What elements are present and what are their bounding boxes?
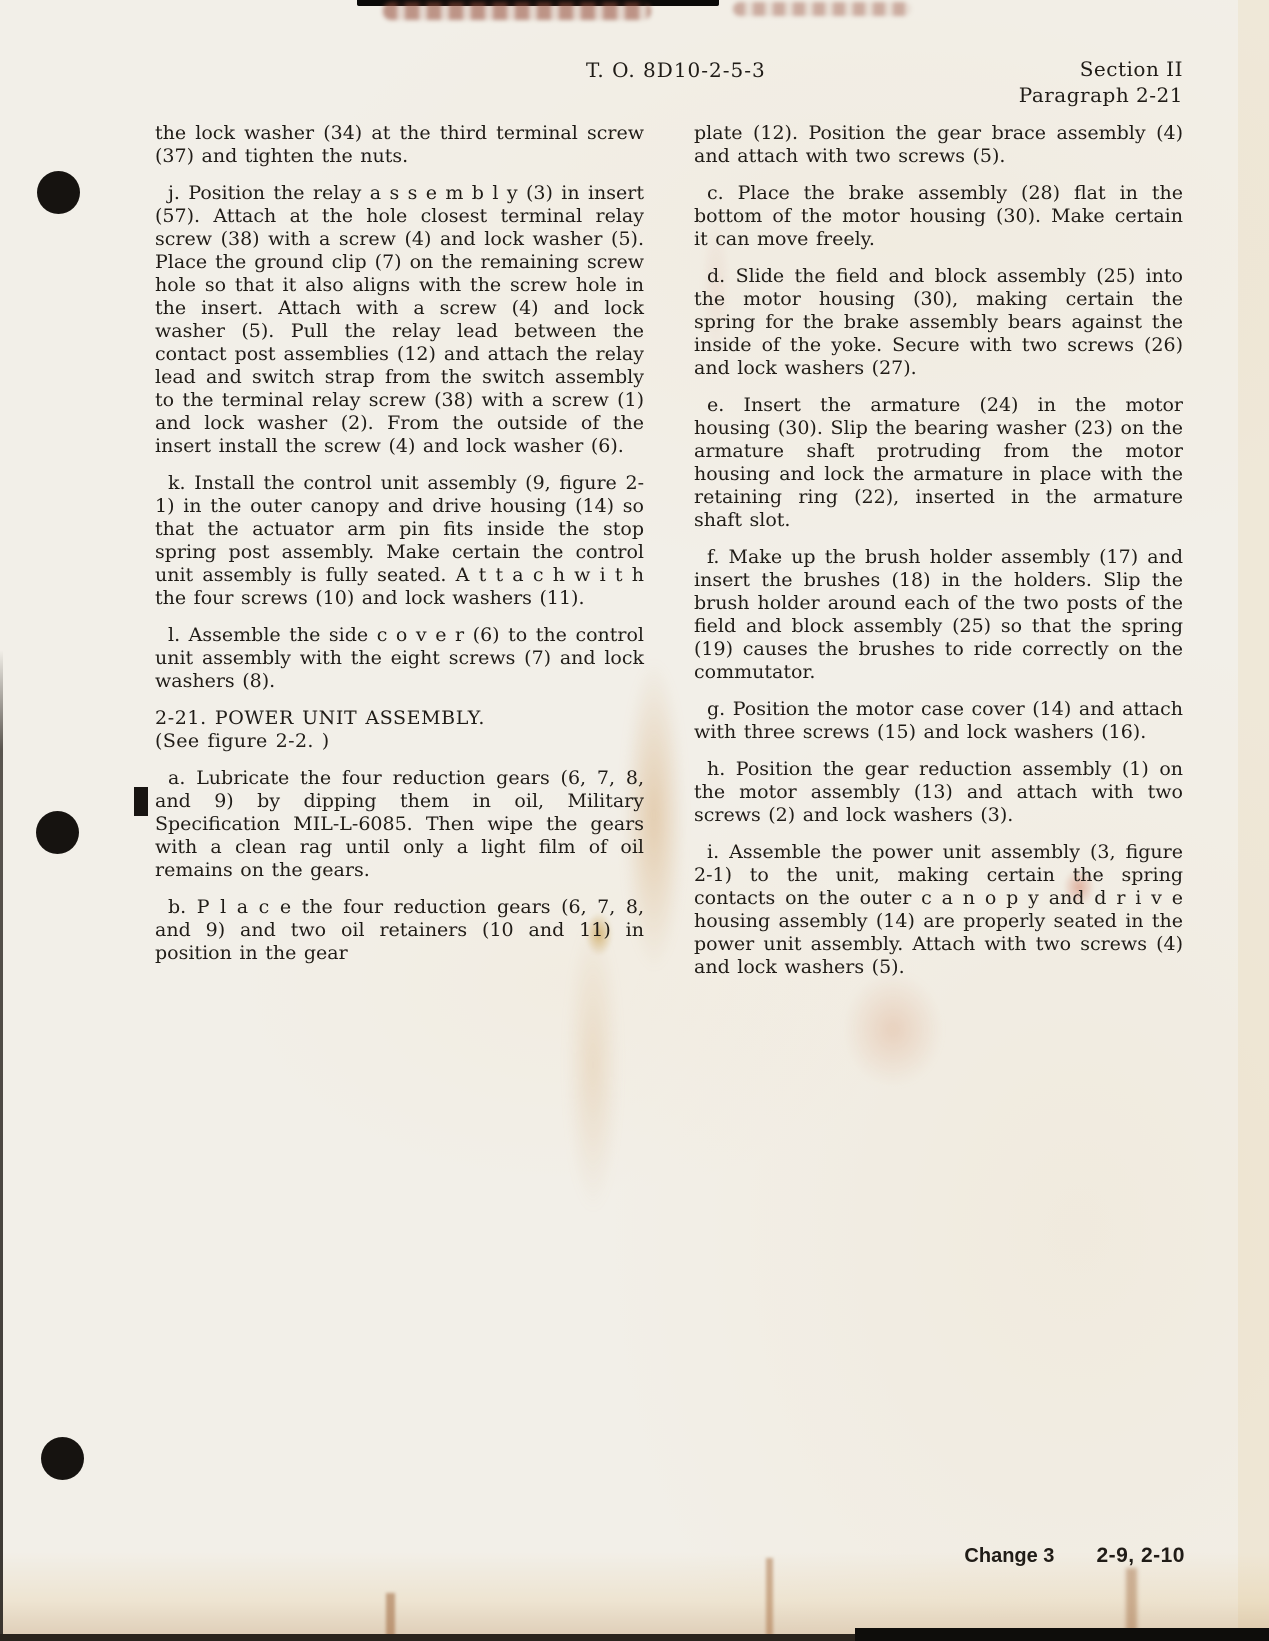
paragraph-step-j: j. Position the relay a s s e m b l y (3… <box>155 182 644 458</box>
see-figure-note: (See figure 2-2. ) <box>155 730 644 753</box>
paragraph-step-h: h. Position the gear reduction assembly … <box>694 758 1183 827</box>
paragraph-continuation: plate (12). Position the gear brace asse… <box>694 122 1183 168</box>
section-heading-2-21: 2-21. POWER UNIT ASSEMBLY. <box>155 707 644 730</box>
paragraph-continuation: the lock washer (34) at the third termin… <box>155 122 644 168</box>
section-label: Section II <box>1019 56 1183 82</box>
paragraph-step-f: f. Make up the brush holder assembly (17… <box>694 546 1183 684</box>
binder-hole <box>41 1437 84 1480</box>
change-indicator-bar <box>134 787 148 816</box>
binder-hole <box>36 811 79 854</box>
stain <box>1126 1568 1137 1636</box>
scan-edge-bottom-bar <box>855 1628 1269 1641</box>
stain <box>1238 0 1269 1641</box>
header-section-block: Section II Paragraph 2-21 <box>1019 56 1183 108</box>
paragraph-step-b: b. P l a c e the four reduction gears (6… <box>155 896 644 965</box>
binder-hole <box>37 171 80 214</box>
page-footer: Change 3 2-9, 2-10 <box>964 1544 1185 1568</box>
ink-smudge <box>733 2 911 16</box>
paragraph-step-d: d. Slide the field and block assembly (2… <box>694 265 1183 380</box>
page-numbers: 2-9, 2-10 <box>1096 1544 1185 1568</box>
paragraph-step-c: c. Place the brake assembly (28) flat in… <box>694 182 1183 251</box>
scan-edge-left-line <box>0 650 3 1641</box>
paragraph-step-i: i. Assemble the power unit assembly (3, … <box>694 841 1183 979</box>
paragraph-step-g: g. Position the motor case cover (14) an… <box>694 698 1183 744</box>
left-column: the lock washer (34) at the third termin… <box>155 122 644 979</box>
stain <box>386 1593 395 1640</box>
paragraph-step-e: e. Insert the armature (24) in the motor… <box>694 394 1183 532</box>
paragraph-step-k: k. Install the control unit assembly (9,… <box>155 472 644 610</box>
paragraph-step-a: a. Lubricate the four reduction gears (6… <box>155 767 644 882</box>
scanned-manual-page: T. O. 8D10-2-5-3 Section II Paragraph 2-… <box>0 0 1269 1641</box>
change-label: Change 3 <box>964 1545 1054 1568</box>
paragraph-reference: Paragraph 2-21 <box>1019 82 1183 108</box>
paragraph-step-l: l. Assemble the side c o v e r (6) to th… <box>155 624 644 693</box>
stain <box>766 1558 773 1636</box>
tech-order-number: T. O. 8D10-2-5-3 <box>586 58 766 82</box>
right-column: plate (12). Position the gear brace asse… <box>694 122 1183 993</box>
scan-edge-top-bar <box>357 0 719 6</box>
